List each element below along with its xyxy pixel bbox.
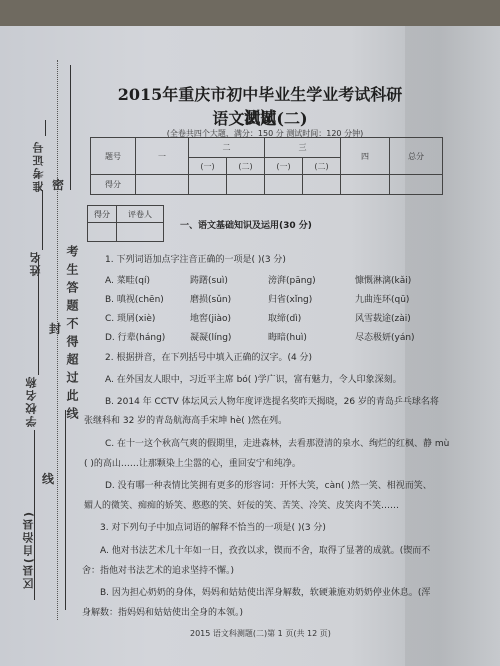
grader-name-header: 评卷人 — [117, 206, 164, 223]
field-name: 姓名 — [28, 250, 44, 276]
paper-fold-shadow — [405, 26, 500, 666]
col-total: 总分 — [390, 138, 443, 175]
row-label-question: 题号 — [91, 138, 136, 175]
sub-col: (一) — [189, 158, 227, 175]
score-cell[interactable] — [189, 175, 227, 195]
sub-col: (二) — [303, 158, 341, 175]
q1-option-c-2: 地窖(jiào) — [190, 311, 231, 324]
q3-a-line1: A. 他对书法艺术几十年如一日，孜孜以求，锲而不舍，取得了显著的成就。(锲而不 — [100, 543, 430, 556]
seal-mark-mi: 密 — [52, 176, 64, 193]
q1-option-b-3: 归省(xǐng) — [268, 292, 312, 305]
q1-option-a-1: A. 菜畦(qí) — [105, 273, 150, 286]
col-1: 一 — [136, 138, 189, 175]
col-3: 三 — [265, 138, 341, 158]
q1-option-c-4: 风雪载途(zài) — [355, 311, 411, 324]
q3-stem: 3. 对下列句子中加点词语的解释不恰当的一项是( )(3 分) — [100, 520, 326, 533]
exam-subtitle: 语文试题(二) — [160, 106, 360, 129]
score-cell[interactable] — [136, 175, 189, 195]
q3-b-line1: B. 因为担心奶奶的身体，妈妈和姑姑使出浑身解数，软硬兼施劝奶奶停业休息。(浑 — [100, 585, 430, 598]
q3-a-line2: 舍：指他对书法艺术的追求坚持不懈。) — [82, 563, 234, 576]
field-district: 区县(自治县) — [21, 510, 37, 589]
q2-b-line1: B. 2014 年 CCTV 体坛风云人物年度评选提名奖昨天揭晓，26 岁的青岛… — [105, 394, 439, 407]
row-label-score: 得分 — [91, 175, 136, 195]
q1-option-d-2: 凝凝(líng) — [190, 330, 231, 343]
q2-stem: 2. 根据拼音，在下列括号中填入正确的汉字。(4 分) — [105, 350, 312, 363]
q1-option-a-3: 滂湃(pāng) — [268, 273, 316, 286]
q1-option-d-4: 尽态极妍(yán) — [355, 330, 415, 343]
grader-score-header: 得分 — [88, 206, 117, 223]
binding-right-line — [65, 410, 66, 610]
q2-a: A. 在外国友人眼中，习近平主席 bó( )学广识，富有魅力，令人印象深刻。 — [105, 372, 402, 385]
section-1-heading: 一、语文基础知识及运用(30 分) — [180, 218, 312, 231]
q3-b-line2: 身解数：指妈妈和姑姑使出全身的本领。) — [82, 605, 243, 618]
q1-option-b-2: 磨损(sǔn) — [190, 292, 231, 305]
page-footer: 2015 语文科测题(二)第 1 页(共 12 页) — [190, 628, 331, 639]
field-exam-number: 准考证号 — [31, 140, 47, 192]
seal-dotted-line — [57, 60, 58, 620]
sub-col: (二) — [227, 158, 265, 175]
score-cell[interactable] — [265, 175, 303, 195]
sub-col: (一) — [265, 158, 303, 175]
q1-option-b-4: 九曲连环(qū) — [355, 292, 409, 305]
grader-name-cell[interactable] — [117, 223, 164, 242]
q1-option-c-3: 取缔(dì) — [268, 311, 301, 324]
q1-option-d-3: 晦暗(huì) — [268, 330, 307, 343]
q1-stem: 1. 下列词语加点字注音正确的一项是( )(3 分) — [105, 252, 286, 265]
q1-option-a-2: 踌躇(suì) — [190, 273, 228, 286]
no-write-warning: 考生答题不得超过此线 — [64, 245, 81, 425]
col-2: 二 — [189, 138, 265, 158]
field-school: 学校名称 — [24, 375, 40, 427]
q1-option-b-1: B. 嗔视(chēn) — [105, 292, 164, 305]
col-4: 四 — [341, 138, 390, 175]
score-table: 题号 一 二 三 四 总分 (一) (二) (一) (二) 得分 — [90, 137, 443, 195]
score-cell[interactable] — [341, 175, 390, 195]
q2-b-line2: 张继科和 32 岁的青岛航海高手宋坤 hè( )然在列。 — [84, 413, 287, 426]
q1-option-d-1: D. 行辈(háng) — [105, 330, 165, 343]
binding-field-line — [42, 190, 43, 250]
score-cell[interactable] — [303, 175, 341, 195]
grader-score-cell[interactable] — [88, 223, 117, 242]
binding-field-line — [45, 120, 46, 136]
score-cell[interactable] — [390, 175, 443, 195]
q2-d-line2: 媚人的微笑、痴痴的娇笑、憨憨的笑、奸佞的笑、苦笑、冷笑、皮笑肉不笑…… — [84, 498, 399, 511]
grader-table: 得分 评卷人 — [87, 205, 164, 242]
q1-option-c-1: C. 琐屑(xiè) — [105, 311, 155, 324]
q2-d-line1: D. 没有哪一种表情比笑拥有更多的形容词：开怀大笑，càn( )然一笑、相视而笑… — [105, 478, 432, 491]
score-cell[interactable] — [227, 175, 265, 195]
q2-c-line2: ( )的高山……让那颗染上尘嚣的心，重回安宁和纯净。 — [84, 456, 301, 469]
q1-option-a-4: 慷慨淋漓(kǎi) — [355, 273, 411, 286]
q2-c-line1: C. 在十一这个秋高气爽的假期里，走进森林，去看那澄清的泉水、绚烂的红枫、静 m… — [105, 436, 449, 449]
binding-right-line — [70, 65, 71, 190]
seal-mark-feng: 封 — [49, 320, 61, 337]
seal-mark-xian: 线 — [42, 470, 54, 487]
